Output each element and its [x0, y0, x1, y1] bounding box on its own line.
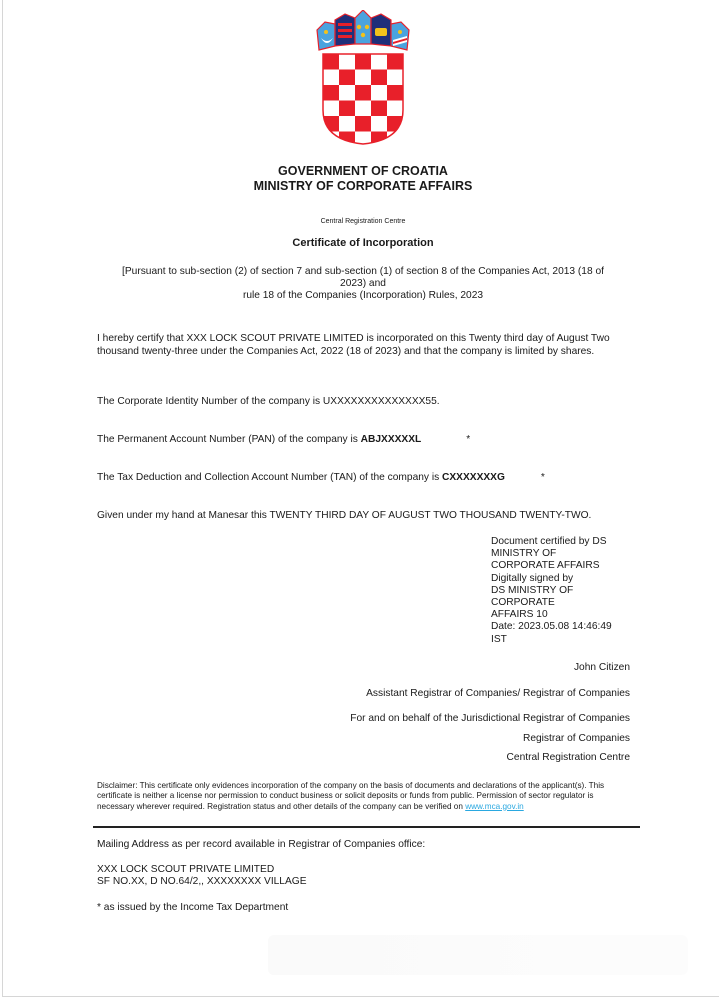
pan-value: ABJXXXXXL — [361, 434, 422, 445]
signature-line: Date: 2023.05.08 14:46:49 — [491, 621, 641, 633]
disclaimer: Disclaimer: This certificate only eviden… — [97, 781, 617, 812]
pan-asterisk: * — [466, 434, 470, 447]
header-government: GOVERNMENT OF CROATIA — [3, 164, 720, 179]
signature-line: Document certified by DS — [491, 536, 641, 548]
header-subtitle: Central Registration Centre — [3, 218, 720, 225]
mca-website-link[interactable]: www.mca.gov.in — [465, 802, 524, 811]
signatory-role: Assistant Registrar of Companies/ Regist… — [366, 688, 630, 701]
signatory-centre: Central Registration Centre — [507, 752, 630, 765]
cin-statement: The Corporate Identity Number of the com… — [97, 396, 637, 409]
signatory-behalf: For and on behalf of the Jurisdictional … — [350, 713, 630, 726]
footnote: * as issued by the Income Tax Department — [97, 902, 637, 915]
certification-statement: I hereby certify that XXX LOCK SCOUT PRI… — [97, 333, 637, 358]
digital-signature-block: Document certified by DSMINISTRY OFCORPO… — [491, 536, 641, 646]
signature-line: Digitally signed by — [491, 573, 641, 585]
signature-line: AFFAIRS 10 — [491, 609, 641, 621]
faded-watermark — [268, 935, 688, 975]
mailing-address-line-1: XXX LOCK SCOUT PRIVATE LIMITED — [97, 864, 637, 877]
mailing-heading: Mailing Address as per record available … — [97, 839, 637, 852]
pan-label: The Permanent Account Number (PAN) of th… — [97, 434, 361, 445]
pan-statement: The Permanent Account Number (PAN) of th… — [97, 434, 637, 447]
pursuant-line-2: 2023) and — [3, 278, 720, 291]
given-statement: Given under my hand at Manesar this TWEN… — [97, 510, 657, 523]
signature-line: MINISTRY OF — [491, 548, 641, 560]
signatory-registrar: Registrar of Companies — [523, 733, 630, 746]
signature-line: CORPORATE — [491, 597, 641, 609]
tan-asterisk: * — [541, 472, 545, 485]
certificate-page: GOVERNMENT OF CROATIA MINISTRY OF CORPOR… — [2, 0, 719, 997]
signature-line: DS MINISTRY OF — [491, 585, 641, 597]
certificate-title: Certificate of Incorporation — [3, 237, 720, 249]
signature-line: CORPORATE AFFAIRS — [491, 560, 641, 572]
disclaimer-text: Disclaimer: This certificate only eviden… — [97, 781, 604, 811]
divider — [93, 826, 640, 828]
pursuant-line-3: rule 18 of the Companies (Incorporation)… — [3, 290, 720, 303]
header-ministry: MINISTRY OF CORPORATE AFFAIRS — [3, 179, 720, 194]
tan-value: CXXXXXXXG — [442, 472, 505, 483]
pursuant-line-1: [Pursuant to sub-section (2) of section … — [3, 266, 720, 279]
signatory-name: John Citizen — [574, 662, 630, 675]
mailing-address-line-2: SF NO.XX, D NO.64/2,, XXXXXXXX VILLAGE — [97, 876, 637, 889]
tan-label: The Tax Deduction and Collection Account… — [97, 472, 442, 483]
tan-statement: The Tax Deduction and Collection Account… — [97, 472, 637, 485]
croatia-coat-of-arms-icon — [315, 10, 411, 146]
signature-line: IST — [491, 634, 641, 646]
